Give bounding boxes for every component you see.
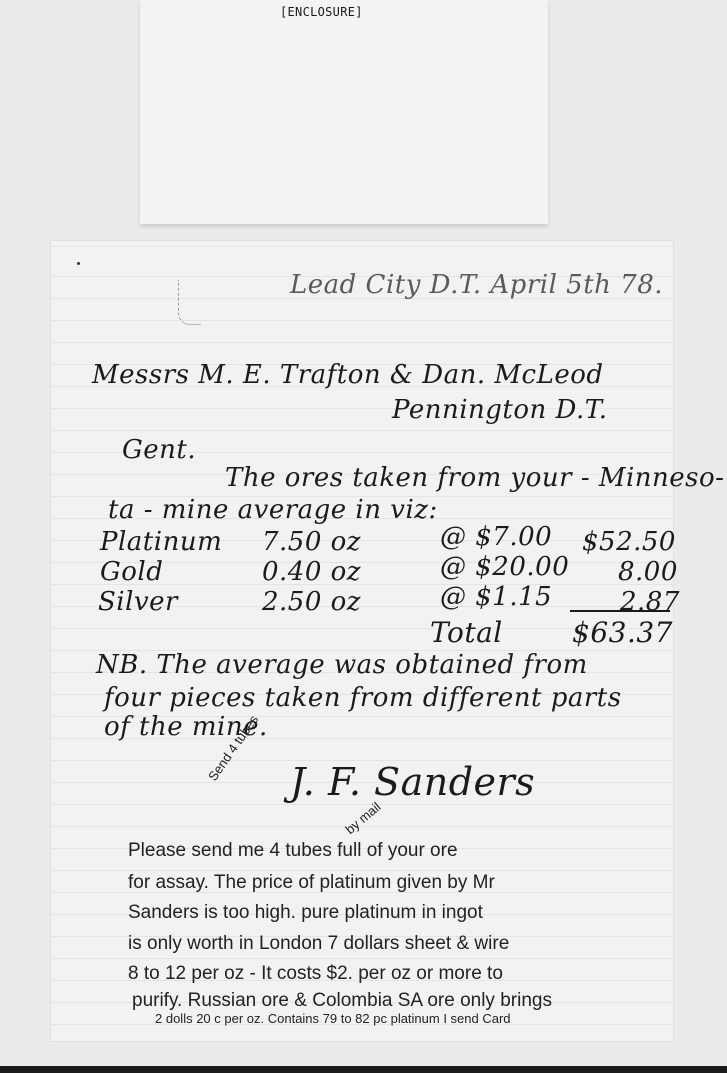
postscript-line: 2 dolls 20 c per oz. Contains 79 to 82 p… [155, 1011, 511, 1026]
postscript-line: is only worth in London 7 dollars sheet … [128, 933, 509, 955]
metal-rate: @ $1.15 [440, 582, 552, 612]
ink-dot [77, 262, 80, 265]
total-label: Total [430, 616, 503, 649]
metal-name: Gold [100, 557, 163, 587]
sum-rule [570, 610, 670, 612]
metal-rate: @ $20.00 [440, 552, 569, 582]
postscript-line: for assay. The price of platinum given b… [128, 872, 495, 894]
metal-name: Silver [98, 587, 178, 617]
faint-pencil-mark [178, 280, 201, 325]
metal-quantity: 7.50 oz [262, 527, 361, 557]
signature: J. F. Sanders [290, 760, 535, 804]
note-line-1: NB. The average was obtained from [96, 650, 588, 680]
salutation: Gent. [122, 435, 196, 465]
metal-value: 2.87 [620, 587, 680, 617]
postscript-line: purify. Russian ore & Colombia SA ore on… [132, 990, 552, 1012]
enclosure-label: [ENCLOSURE] [280, 5, 363, 19]
body-line-1: The ores taken from your - Minneso- [225, 463, 724, 493]
postscript-line: Sanders is too high. pure platinum in in… [128, 902, 483, 924]
metal-quantity: 2.50 oz [262, 587, 361, 617]
postscript-line: 8 to 12 per oz - It costs $2. per oz or … [128, 963, 503, 985]
bottom-edge-bar [0, 1066, 727, 1073]
metal-rate: @ $7.00 [440, 522, 552, 552]
addressee-line-2: Pennington D.T. [392, 395, 608, 425]
addressee-line-1: Messrs M. E. Trafton & Dan. McLeod [92, 360, 604, 390]
postscript-line: Please send me 4 tubes full of your ore [128, 840, 458, 862]
metal-value: $52.50 [582, 527, 676, 557]
note-line-2: four pieces taken from different parts [104, 683, 622, 713]
body-line-2: ta - mine average in viz: [108, 495, 438, 525]
metal-name: Platinum [100, 527, 222, 557]
metal-value: 8.00 [618, 557, 678, 587]
metal-quantity: 0.40 oz [262, 557, 361, 587]
enclosure-card [140, 0, 548, 224]
total-value: $63.37 [572, 616, 673, 649]
dateline: Lead City D.T. April 5th 78. [290, 270, 663, 300]
